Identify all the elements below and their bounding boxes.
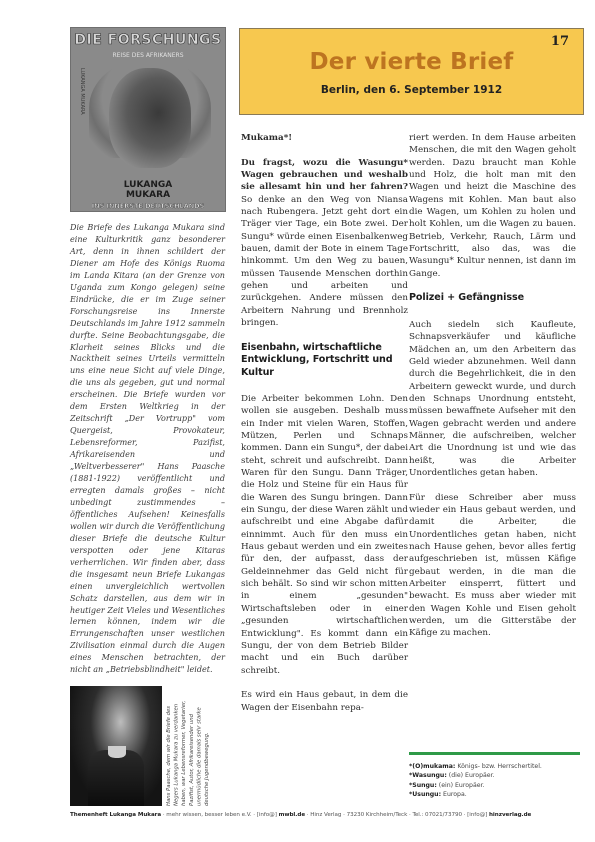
footnote-item: *Wasungu: (die) Europäer.: [409, 771, 589, 780]
paragraph-2: Die Arbeiter bekommen Lohn. Den wollen s…: [241, 393, 408, 677]
paragraph-4: Auch siedeln sich Kaufleute, Schnapsverk…: [409, 319, 576, 479]
footnote-divider: [409, 752, 580, 755]
page-title: Der vierte Brief: [240, 49, 583, 75]
portrait-photo: [70, 686, 162, 806]
footer-link-hinzverlag[interactable]: hinzverlag.de: [489, 812, 531, 818]
footnotes: *(O)mukama: Königs- bzw. Herrschertitel.…: [409, 762, 589, 799]
page-subtitle: Berlin, den 6. September 1912: [240, 84, 583, 96]
portrait-shirt: [108, 746, 126, 758]
book-cover-image: DIE FORSCHUNGS REISE DES AFRIKANERS LUKA…: [70, 27, 226, 212]
paragraph-1-lead: Du fragst, wozu die Wasungu* Wagen gebra…: [241, 158, 408, 193]
text-column-middle: Mukama*! Du fragst, wozu die Wasungu* Wa…: [241, 132, 408, 726]
title-box: 17 Der vierte Brief Berlin, den 6. Septe…: [239, 28, 584, 115]
paragraph-3-start: Es wird ein Haus gebaut, in dem die Wage…: [241, 689, 408, 714]
paragraph-3-continued: riert werden. In dem Hause arbeiten Mens…: [409, 132, 576, 280]
text-column-right: riert werden. In dem Hause arbeiten Mens…: [409, 132, 576, 652]
intro-text: Die Briefe des Lukanga Mukara sind eine …: [70, 222, 225, 676]
salutation: Mukama*!: [241, 132, 408, 144]
page-number: 17: [551, 34, 569, 49]
paragraph-1-body: So denke an den Weg von Niansa nach Rube…: [241, 195, 408, 328]
paragraph-5: Für diese Schreiber aber muss wieder ein…: [409, 492, 576, 640]
footnote-item: *Sungu: (ein) Europäer.: [409, 781, 589, 790]
page-footer: Themenheft Lukanga Mukara · mehr wissen,…: [70, 812, 590, 818]
footnote-item: *Usungu: Europa.: [409, 790, 589, 799]
cover-tagline: INS INNERSTE DEUTSCHLANDS: [71, 202, 225, 210]
paragraph-1: Du fragst, wozu die Wasungu* Wagen gebra…: [241, 157, 408, 330]
cover-illustration-face: [109, 68, 191, 168]
cover-author: LUKANGA MUKARA: [71, 180, 225, 200]
section-heading-polizei: Polizei + Gefängnisse: [409, 292, 576, 304]
cover-title: DIE FORSCHUNGS: [71, 32, 225, 48]
cover-subtitle: REISE DES AFRIKANERS: [71, 52, 225, 59]
portrait-collar: [88, 750, 144, 806]
footer-publication: Themenheft Lukanga Mukara: [70, 812, 161, 818]
footer-link-mwbl[interactable]: mwbl.de: [279, 812, 306, 818]
cover-spine-text: LUKANGA MUKARA: [79, 68, 85, 115]
footnote-item: *(O)mukama: Königs- bzw. Herrschertitel.: [409, 762, 589, 771]
section-heading-eisenbahn: Eisenbahn, wirtschaftliche Entwicklung, …: [241, 342, 408, 379]
portrait-caption: Hans Paasche, dem wir die Briefe des Neg…: [166, 686, 222, 806]
